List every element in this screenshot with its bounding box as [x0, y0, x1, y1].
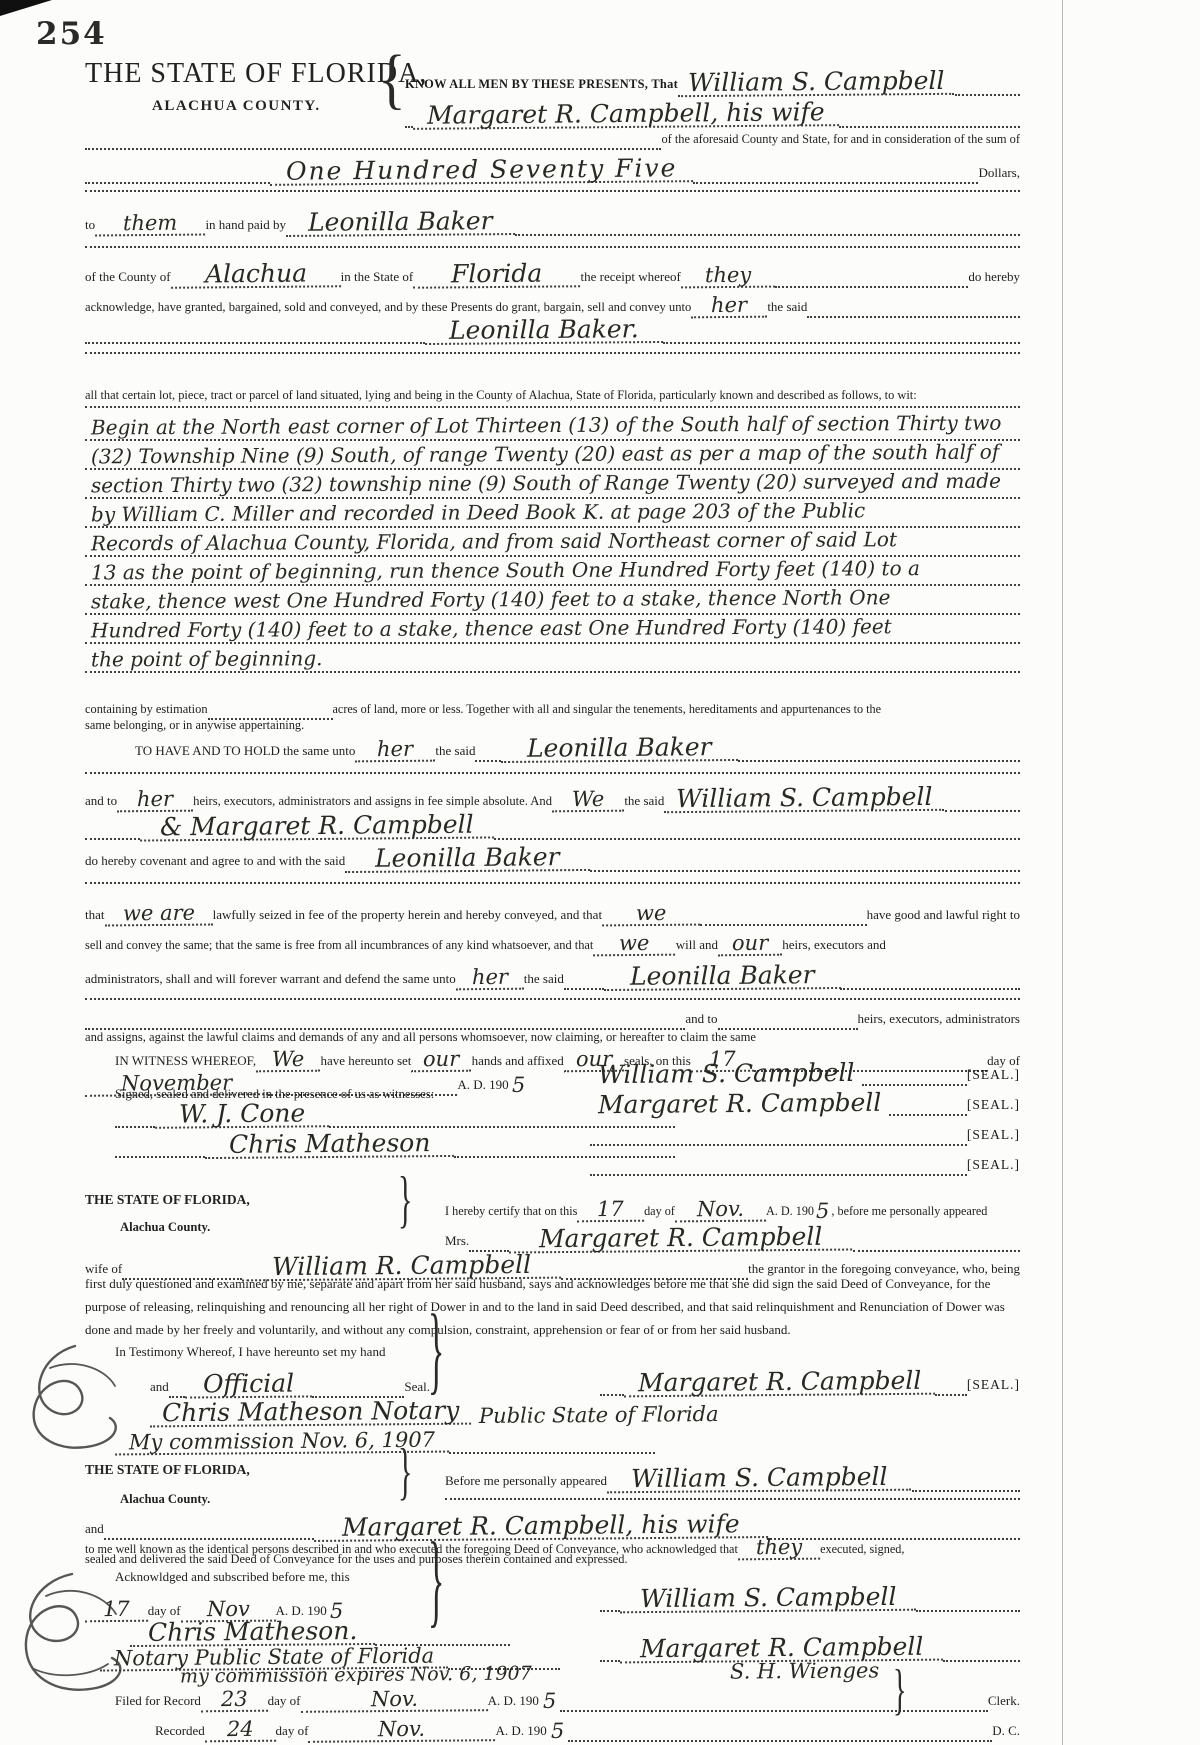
grantee-name3: Leonilla Baker: [345, 845, 590, 873]
clerk-label: Clerk.: [988, 1693, 1020, 1709]
ack2-county-title: Alachua County.: [120, 1492, 210, 1507]
notary2-signature: Chris Matheson.: [130, 1619, 376, 1647]
notary-signature: Chris Matheson Notary: [150, 1399, 471, 1428]
line-clerk-signature: S. H. Wienges: [730, 1658, 970, 1682]
line-grantor2: Margaret R. Campbell, his wife: [405, 98, 1020, 128]
line-presents: KNOW ALL MEN BY THESE PRESENTS, That Wil…: [405, 62, 1020, 96]
filed-day-value: 23: [201, 1690, 268, 1713]
covenant-lead-label: do hereby covenant and agree to and with…: [85, 853, 345, 869]
that-label: that: [85, 907, 105, 923]
heirs2-label: heirs, executors, administrators: [858, 1011, 1020, 1027]
commission2-note: my commission expires Nov. 6, 1907: [180, 1664, 532, 1685]
and-to-label: and to: [85, 793, 117, 809]
ack2-state-title: THE STATE OF FLORIDA,: [85, 1462, 250, 1478]
line-covenant-lead: do hereby covenant and agree to and with…: [85, 842, 1020, 872]
state-of-label: in the State of: [341, 269, 414, 285]
to-label: to: [85, 217, 95, 233]
line-ack1-mrs: Mrs. Margaret R. Campbell: [445, 1222, 1020, 1252]
dc-label: D. C.: [992, 1723, 1020, 1739]
line-notary2-signature: Chris Matheson.: [130, 1620, 510, 1646]
receipt-value: they: [681, 266, 775, 289]
same-belonging-label: same belonging, or in anywise appertaini…: [85, 718, 304, 733]
witness-signature-row: Chris Matheson: [115, 1130, 675, 1158]
ack1-county-title: Alachua County.: [120, 1220, 210, 1235]
line-warrant: administrators, shall and will forever w…: [85, 958, 1020, 990]
ack2-day-of-label: day of: [148, 1603, 181, 1619]
line-amount: One Hundred Seventy Five Dollars,: [85, 150, 1020, 184]
good-right-label: have good and lawful right to: [867, 907, 1020, 923]
certify-label: I hereby certify that on this: [445, 1204, 577, 1219]
blank-rule: [85, 882, 1020, 884]
line-notary-signature: Chris Matheson Notary Public State of Fl…: [150, 1398, 710, 1426]
the-said-label2: the said: [435, 743, 475, 759]
ack1-state-title: THE STATE OF FLORIDA,: [85, 1192, 250, 1208]
line-sell-convey: sell and convey the same; that the same …: [85, 928, 1020, 956]
state-title: THE STATE OF FLORIDA,: [85, 58, 427, 90]
filed-month-value: Nov.: [300, 1689, 487, 1713]
witness1-signature: W. J. Cone: [155, 1101, 329, 1128]
county-value: Alachua: [170, 262, 340, 289]
description-intro: all that certain lot, piece, tract or pa…: [85, 388, 917, 403]
testimony-brace: }: [428, 1304, 444, 1403]
ack1-day-of-label: day of: [644, 1204, 675, 1219]
aforesaid-label: of the aforesaid County and State, for a…: [661, 132, 1020, 147]
margin-flourish: [12, 1568, 137, 1703]
unto-value2: her: [355, 740, 435, 763]
recorded-day-of-label: day of: [276, 1723, 309, 1739]
signature-row: William S. Campbell [SEAL.]: [590, 1058, 1020, 1086]
seal-label: [SEAL.]: [967, 1097, 1020, 1113]
set-label: have hereunto set: [320, 1053, 411, 1069]
blank-rule: [85, 998, 1020, 1000]
scan-corner-artifact: [0, 0, 52, 16]
that-value: we are: [104, 904, 212, 927]
ack1-month-value: Nov.: [675, 1200, 766, 1223]
description-line: the point of beginning.: [85, 642, 1020, 673]
heirs-exec-label: heirs, executors and: [782, 937, 886, 953]
line-grantee-name: Leonilla Baker.: [85, 312, 1020, 344]
in-witness-label: IN WITNESS WHEREOF,: [115, 1053, 256, 1069]
line-ack2-before: Before me personally appeared William S.…: [445, 1460, 1020, 1492]
our-value: our: [718, 934, 782, 956]
and-label: and: [150, 1379, 169, 1395]
line-heirs-right: and to heirs, executors, administrators: [85, 1012, 1020, 1030]
dollars-label: Dollars,: [978, 165, 1020, 181]
hands-label: hands and affixed: [472, 1053, 564, 1069]
filed-ad-label: A. D. 190: [488, 1693, 539, 1709]
line-grantor2-name: & Margaret R. Campbell: [85, 810, 1020, 840]
acknowledged-label: Acknowldged and subscribed before me, th…: [115, 1569, 350, 1585]
ack1-paragraph: first duly questioned and examined by me…: [85, 1272, 1020, 1341]
county-title: ALACHUA COUNTY.: [152, 98, 321, 115]
grantor2-name: Margaret R. Campbell, his wife: [413, 100, 839, 129]
receipt-label: the receipt whereof: [580, 269, 680, 285]
blank-rule: [85, 352, 1020, 354]
ack1-ad-label: A. D. 190: [766, 1204, 814, 1219]
heirs-label: heirs, executors, administrators and ass…: [193, 794, 552, 809]
testimony-label: In Testimony Whereof, I have hereunto se…: [115, 1344, 385, 1360]
in-hand-label: in hand paid by: [205, 217, 286, 233]
we-value: We: [552, 790, 625, 813]
witness2-signature: Chris Matheson: [205, 1131, 455, 1159]
filed-day-of-label: day of: [268, 1693, 301, 1709]
blank-rule: [85, 772, 1020, 774]
sell-label: sell and convey the same; that the same …: [85, 938, 593, 953]
her-value: her: [456, 968, 524, 991]
seal-word-label: Seal.: [404, 1379, 430, 1395]
seal-label: [SEAL.]: [967, 1157, 1020, 1173]
line-ack1-certify: I hereby certify that on this 17 day of …: [445, 1196, 1020, 1222]
official-value: Official: [185, 1372, 312, 1399]
blank-rule: [85, 190, 1020, 192]
signature-grantor1: William S. Campbell: [590, 1061, 863, 1087]
seal-label: [SEAL.]: [967, 1127, 1020, 1143]
to-value: them: [95, 214, 205, 237]
page-number: 254: [36, 16, 107, 52]
line-commission: My commission Nov. 6, 1907: [115, 1428, 655, 1454]
grantee-name: Leonilla Baker.: [425, 317, 663, 345]
ack1-before-label: , before me personally appeared: [831, 1204, 987, 1219]
line-ack2-sig1: William S. Campbell: [600, 1584, 1020, 1612]
seal-label: [SEAL.]: [967, 1377, 1020, 1393]
the-said-label3: the said: [624, 793, 664, 809]
heirs-value: her: [117, 790, 193, 813]
recorded-month-value: Nov.: [308, 1719, 495, 1743]
line-heirs-simple: and to her heirs, executors, administrat…: [85, 782, 1020, 812]
will-and-label: will and: [676, 937, 718, 953]
line-to-have: TO HAVE AND TO HOLD the same unto her th…: [135, 732, 1020, 762]
do-hereby-label: do hereby: [968, 269, 1020, 285]
witness-signature-row: W. J. Cone: [115, 1100, 675, 1128]
ack1-header-brace: }: [398, 1170, 412, 1233]
seized-label: lawfully seized in fee of the property h…: [213, 907, 602, 923]
blank-rule: [85, 246, 1020, 248]
line-aforesaid: of the aforesaid County and State, for a…: [85, 128, 1020, 150]
we3-value: we: [593, 934, 676, 957]
and-to-label2: and to: [685, 1011, 717, 1027]
page-edge-rule: [1062, 0, 1063, 1745]
line-official-seal: and Official Seal.: [150, 1368, 430, 1398]
filing-brace: }: [893, 1664, 906, 1720]
the-said-label4: the said: [524, 971, 564, 987]
to-have-label: TO HAVE AND TO HOLD the same unto: [135, 743, 355, 759]
seal-label: [SEAL.]: [967, 1067, 1020, 1083]
line-containing: containing by estimation acres of land, …: [85, 700, 1020, 720]
line-county-state: of the County of Alachua in the State of…: [85, 256, 1020, 288]
recorded-year-value: 5: [551, 1722, 565, 1742]
assigns-label: and assigns, against the lawful claims a…: [85, 1030, 756, 1045]
before-appeared-label: Before me personally appeared: [445, 1473, 607, 1489]
recorded-day-value: 24: [205, 1720, 276, 1743]
containing-label: containing by estimation: [85, 702, 208, 717]
line-filed: Filed for Record 23 day of Nov. A. D. 19…: [115, 1686, 1020, 1712]
filed-year-value: 5: [543, 1692, 557, 1712]
line-recorded: Recorded 24 day of Nov. A. D. 190 5 D. C…: [155, 1716, 1020, 1742]
line-commission2: my commission expires Nov. 6, 1907: [180, 1662, 600, 1684]
grantee-name4: Leonilla Baker: [604, 963, 841, 991]
line-ack1-signature: Margaret R. Campbell [SEAL.]: [600, 1366, 1020, 1396]
grantor1-name2: William S. Campbell: [664, 785, 945, 813]
ack2-and-label: and: [85, 1521, 104, 1537]
state-value: Florida: [413, 262, 580, 289]
line-testimony: In Testimony Whereof, I have hereunto se…: [115, 1345, 615, 1363]
margin-flourish: [20, 1338, 130, 1458]
mrs-label: Mrs.: [445, 1233, 469, 1249]
line-description-intro: all that certain lot, piece, tract or pa…: [85, 384, 1020, 408]
presents-label: KNOW ALL MEN BY THESE PRESENTS, That: [405, 77, 678, 92]
county-of-label: of the County of: [85, 269, 171, 285]
we2-value: we: [602, 904, 701, 927]
grantee-name2: Leonilla Baker: [501, 735, 738, 763]
notary-title: Public State of Florida: [471, 1405, 727, 1427]
recorded-label: Recorded: [155, 1723, 205, 1739]
blank-rule: [445, 1498, 1020, 1500]
deed-record-page: 254 THE STATE OF FLORIDA, ALACHUA COUNTY…: [0, 0, 1200, 1745]
line-seized: that we are lawfully seized in fee of th…: [85, 898, 1020, 926]
ack1-day-value: 17: [577, 1200, 644, 1223]
line-paid-by: to them in hand paid by Leonilla Baker: [85, 204, 1020, 236]
payer-name: Leonilla Baker: [286, 209, 515, 237]
ack1-year-value: 5: [816, 1202, 830, 1222]
header-brace: {: [378, 46, 406, 113]
line-acknowledged: Acknowldged and subscribed before me, th…: [115, 1570, 595, 1588]
sealed-label: sealed and delivered the said Deed of Co…: [85, 1552, 628, 1567]
grantor1-name: William S. Campbell: [678, 69, 955, 97]
ack2-signature1: William S. Campbell: [620, 1585, 917, 1613]
admin-label: administrators, shall and will forever w…: [85, 971, 456, 987]
grantor2-name2: & Margaret R. Campbell: [140, 813, 494, 842]
appeared1-name: William S. Campbell: [607, 1465, 912, 1493]
consideration-amount: One Hundred Seventy Five: [270, 156, 694, 185]
acres-label: acres of land, more or less. Together wi…: [333, 702, 882, 717]
ack2-header-brace: }: [398, 1442, 412, 1505]
ack1-signature: Margaret R. Campbell: [624, 1369, 936, 1397]
line-sealed-delivered: sealed and delivered the said Deed of Co…: [85, 1554, 1020, 1570]
clerk-signature: S. H. Wienges: [730, 1661, 879, 1682]
recorded-ad-label: A. D. 190: [495, 1723, 546, 1739]
